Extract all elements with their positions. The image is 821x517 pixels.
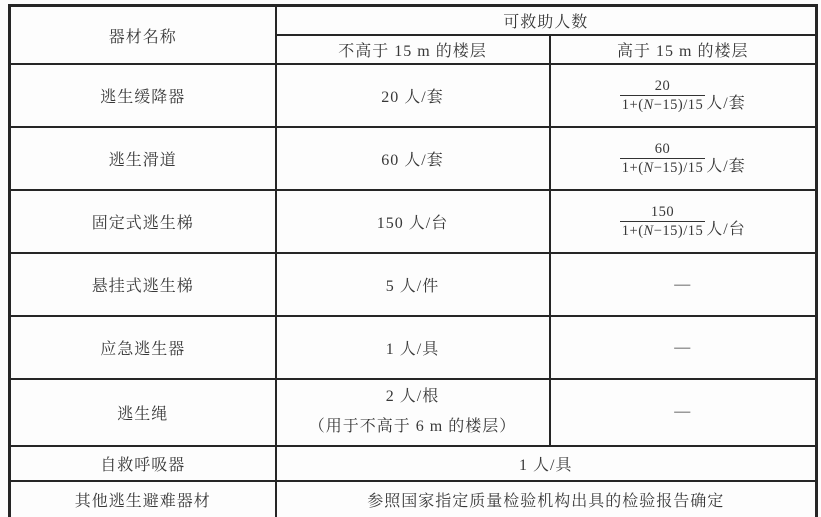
cell-equipment-name: 逃生缓降器 — [10, 64, 276, 127]
header-equipment-name: 器材名称 — [10, 6, 276, 65]
table-row: 应急逃生器 1 人/具 — — [10, 316, 817, 379]
cell-span-value: 1 人/具 — [276, 446, 817, 481]
table-row: 固定式逃生梯 150 人/台 150 1+(N−15)/15 人/台 — [10, 190, 817, 253]
cell-high-floor-value: — — [550, 316, 817, 379]
fraction: 60 1+(N−15)/15 — [620, 140, 705, 177]
cell-span-value: 参照国家指定质量检验机构出具的检验报告确定 — [276, 481, 817, 517]
table-row: 自救呼吸器 1 人/具 — [10, 446, 817, 481]
formula-unit: 人/套 — [706, 157, 745, 177]
header-rescue-count: 可救助人数 — [276, 6, 817, 36]
fraction: 20 1+(N−15)/15 — [620, 77, 705, 114]
cell-low-floor-value: 60 人/套 — [276, 127, 550, 190]
header-floor-high: 高于 15 m 的楼层 — [550, 35, 817, 64]
rescue-equipment-table: 器材名称 可救助人数 不高于 15 m 的楼层 高于 15 m 的楼层 逃生缓降… — [8, 4, 818, 517]
document-page: 器材名称 可救助人数 不高于 15 m 的楼层 高于 15 m 的楼层 逃生缓降… — [0, 0, 821, 517]
formula-unit: 人/台 — [706, 220, 745, 240]
capacity-formula: 150 1+(N−15)/15 人/台 — [620, 203, 746, 240]
cell-equipment-name: 其他逃生避难器材 — [10, 481, 276, 517]
cell-equipment-name: 逃生滑道 — [10, 127, 276, 190]
cell-low-floor-value: 5 人/件 — [276, 253, 550, 316]
formula-unit: 人/套 — [706, 94, 745, 114]
cell-equipment-name: 逃生绳 — [10, 379, 276, 446]
table-row: 其他逃生避难器材 参照国家指定质量检验机构出具的检验报告确定 — [10, 481, 817, 517]
header-row-top: 器材名称 可救助人数 — [10, 6, 817, 36]
cell-high-floor-value: — — [550, 253, 817, 316]
cell-equipment-name: 自救呼吸器 — [10, 446, 276, 481]
cell-low-floor-value: 1 人/具 — [276, 316, 550, 379]
cell-equipment-name: 固定式逃生梯 — [10, 190, 276, 253]
cell-high-floor-value: 60 1+(N−15)/15 人/套 — [550, 127, 817, 190]
cell-equipment-name: 应急逃生器 — [10, 316, 276, 379]
table-row: 悬挂式逃生梯 5 人/件 — — [10, 253, 817, 316]
cell-low-floor-value: 150 人/台 — [276, 190, 550, 253]
table-row: 逃生绳 2 人/根 （用于不高于 6 m 的楼层） — — [10, 379, 817, 446]
cell-high-floor-value: 20 1+(N−15)/15 人/套 — [550, 64, 817, 127]
table-row: 逃生滑道 60 人/套 60 1+(N−15)/15 人/套 — [10, 127, 817, 190]
cell-equipment-name: 悬挂式逃生梯 — [10, 253, 276, 316]
value-line2: （用于不高于 6 m 的楼层） — [281, 412, 545, 442]
cell-high-floor-value: — — [550, 379, 817, 446]
cell-low-floor-value: 2 人/根 （用于不高于 6 m 的楼层） — [276, 379, 550, 446]
table-row: 逃生缓降器 20 人/套 20 1+(N−15)/15 人/套 — [10, 64, 817, 127]
capacity-formula: 20 1+(N−15)/15 人/套 — [620, 77, 746, 114]
fraction: 150 1+(N−15)/15 — [620, 203, 705, 240]
cell-high-floor-value: 150 1+(N−15)/15 人/台 — [550, 190, 817, 253]
capacity-formula: 60 1+(N−15)/15 人/套 — [620, 140, 746, 177]
value-line1: 2 人/根 — [281, 382, 545, 412]
cell-low-floor-value: 20 人/套 — [276, 64, 550, 127]
header-floor-low: 不高于 15 m 的楼层 — [276, 35, 550, 64]
